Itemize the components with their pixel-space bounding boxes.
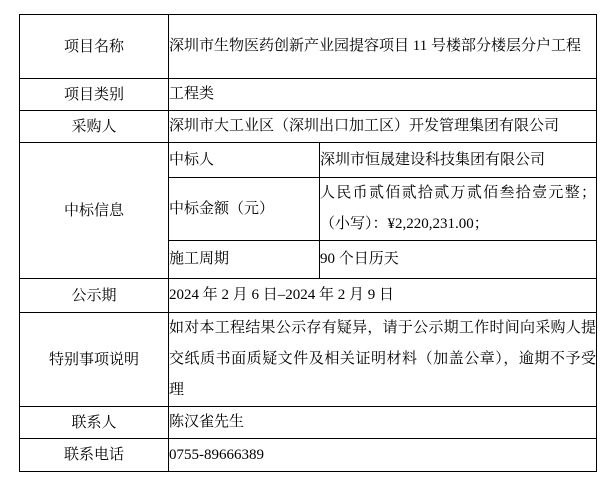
cell-purchaser-value: 深圳市大工业区（深圳出口加工区）开发管理集团有限公司 bbox=[169, 111, 597, 143]
cell-construction-period-value: 90 个日历天 bbox=[320, 241, 597, 279]
row-label-contact-person: 联系人 bbox=[20, 407, 169, 439]
table-row: 项目类别 工程类 bbox=[20, 79, 597, 111]
table-row: 项目名称 深圳市生物医药创新产业园提容项目 11 号楼部分楼层分户工程 bbox=[20, 15, 597, 79]
cell-special-notes-value: 如对本工程结果公示存有疑异，请于公示期工作时间向采购人提交纸质书面质疑文件及相关… bbox=[169, 313, 597, 407]
sub-label-award-amount: 中标金额（元） bbox=[169, 178, 320, 241]
cell-contact-phone-value: 0755-89666389 bbox=[169, 439, 597, 472]
cell-project-category-value: 工程类 bbox=[169, 79, 597, 111]
table-row: 采购人 深圳市大工业区（深圳出口加工区）开发管理集团有限公司 bbox=[20, 111, 597, 143]
row-label-purchaser: 采购人 bbox=[20, 111, 169, 143]
table-row: 联系人 陈汉雀先生 bbox=[20, 407, 597, 439]
table-row: 特别事项说明 如对本工程结果公示存有疑异，请于公示期工作时间向采购人提交纸质书面… bbox=[20, 313, 597, 407]
table-row: 联系电话 0755-89666389 bbox=[20, 439, 597, 472]
table-row: 公示期 2024 年 2 月 6 日–2024 年 2 月 9 日 bbox=[20, 279, 597, 313]
cell-contact-person-value: 陈汉雀先生 bbox=[169, 407, 597, 439]
row-label-project-name: 项目名称 bbox=[20, 15, 169, 79]
row-label-award-info: 中标信息 bbox=[20, 143, 169, 279]
table-row: 中标信息 中标人 深圳市恒晟建设科技集团有限公司 bbox=[20, 143, 597, 178]
sub-label-winning-bidder: 中标人 bbox=[169, 143, 320, 178]
row-label-publicity-period: 公示期 bbox=[20, 279, 169, 313]
cell-winning-bidder-value: 深圳市恒晟建设科技集团有限公司 bbox=[320, 143, 597, 178]
cell-project-name-value: 深圳市生物医药创新产业园提容项目 11 号楼部分楼层分户工程 bbox=[169, 15, 597, 79]
row-label-project-category: 项目类别 bbox=[20, 79, 169, 111]
sub-label-construction-period: 施工周期 bbox=[169, 241, 320, 279]
document-page: 项目名称 深圳市生物医药创新产业园提容项目 11 号楼部分楼层分户工程 项目类别… bbox=[0, 0, 615, 497]
bid-announcement-table: 项目名称 深圳市生物医药创新产业园提容项目 11 号楼部分楼层分户工程 项目类别… bbox=[19, 14, 597, 472]
cell-award-amount-value: 人民币贰佰贰拾贰万贰佰叁拾壹元整；（小写）：¥2,220,231.00； bbox=[320, 178, 597, 241]
row-label-special-notes: 特别事项说明 bbox=[20, 313, 169, 407]
cell-publicity-period-value: 2024 年 2 月 6 日–2024 年 2 月 9 日 bbox=[169, 279, 597, 313]
row-label-contact-phone: 联系电话 bbox=[20, 439, 169, 472]
